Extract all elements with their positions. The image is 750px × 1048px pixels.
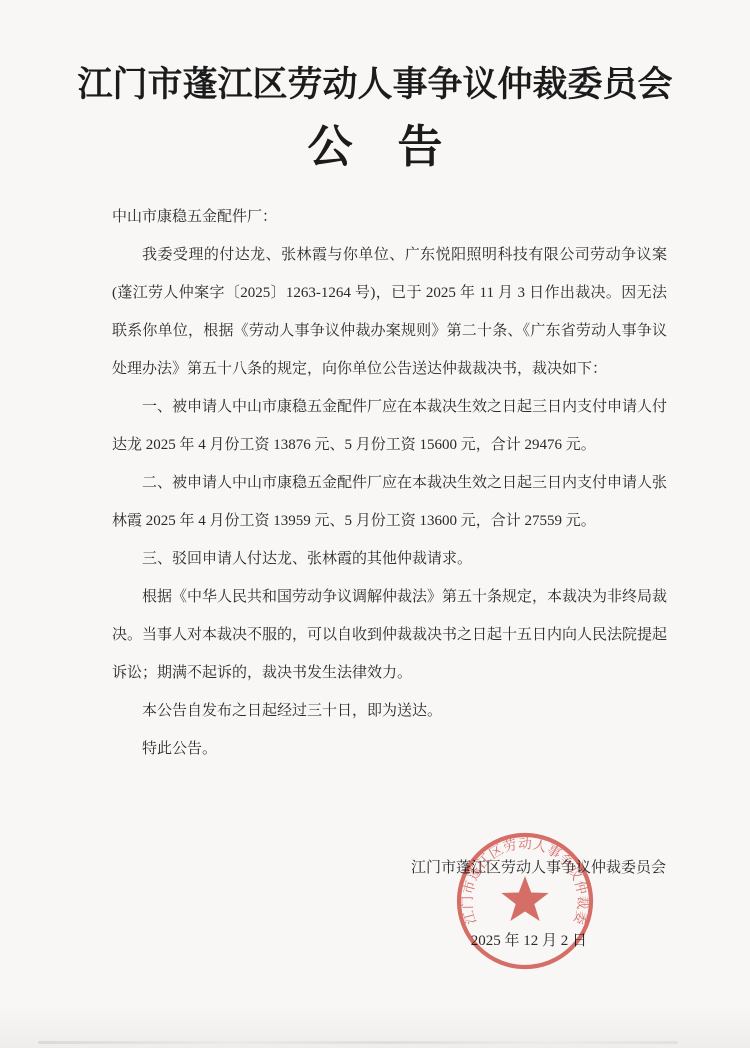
signature-committee: 江门市蓬江区劳动人事争议仲裁委员会 xyxy=(0,854,750,882)
body-paragraph: 本公告自发布之日起经过三十日，即为送达。 xyxy=(112,692,667,730)
body-paragraph: 中山市康稳五金配件厂： xyxy=(112,198,667,236)
org-title: 江门市蓬江区劳动人事争议仲裁委员会 xyxy=(0,0,750,106)
body-paragraph: 我委受理的付达龙、张林霞与你单位、广东悦阳照明科技有限公司劳动争议案(蓬江劳人仲… xyxy=(112,236,667,388)
scan-edge-artifact xyxy=(38,1041,678,1044)
document-body: 中山市康稳五金配件厂：我委受理的付达龙、张林霞与你单位、广东悦阳照明科技有限公司… xyxy=(0,198,750,768)
seal-star-icon xyxy=(501,876,548,921)
official-seal: 江门市蓬江区劳动人事争议仲裁委员会 xyxy=(454,830,596,972)
announcement-document: 江门市蓬江区劳动人事争议仲裁委员会 公 告 中山市康稳五金配件厂：我委受理的付达… xyxy=(0,0,750,1048)
body-paragraph: 一、被申请人中山市康稳五金配件厂应在本裁决生效之日起三日内支付申请人付达龙 20… xyxy=(112,388,667,464)
body-paragraph: 根据《中华人民共和国劳动争议调解仲裁法》第五十条规定，本裁决为非终局裁决。当事人… xyxy=(112,578,667,692)
body-paragraph: 特此公告。 xyxy=(112,730,667,768)
signature-date: 2025 年 12 月 2 日 xyxy=(0,932,750,950)
doc-title: 公 告 xyxy=(0,124,750,170)
body-paragraph: 三、驳回申请人付达龙、张林霞的其他仲裁请求。 xyxy=(112,540,667,578)
body-paragraph: 二、被申请人中山市康稳五金配件厂应在本裁决生效之日起三日内支付申请人张林霞 20… xyxy=(112,464,667,540)
